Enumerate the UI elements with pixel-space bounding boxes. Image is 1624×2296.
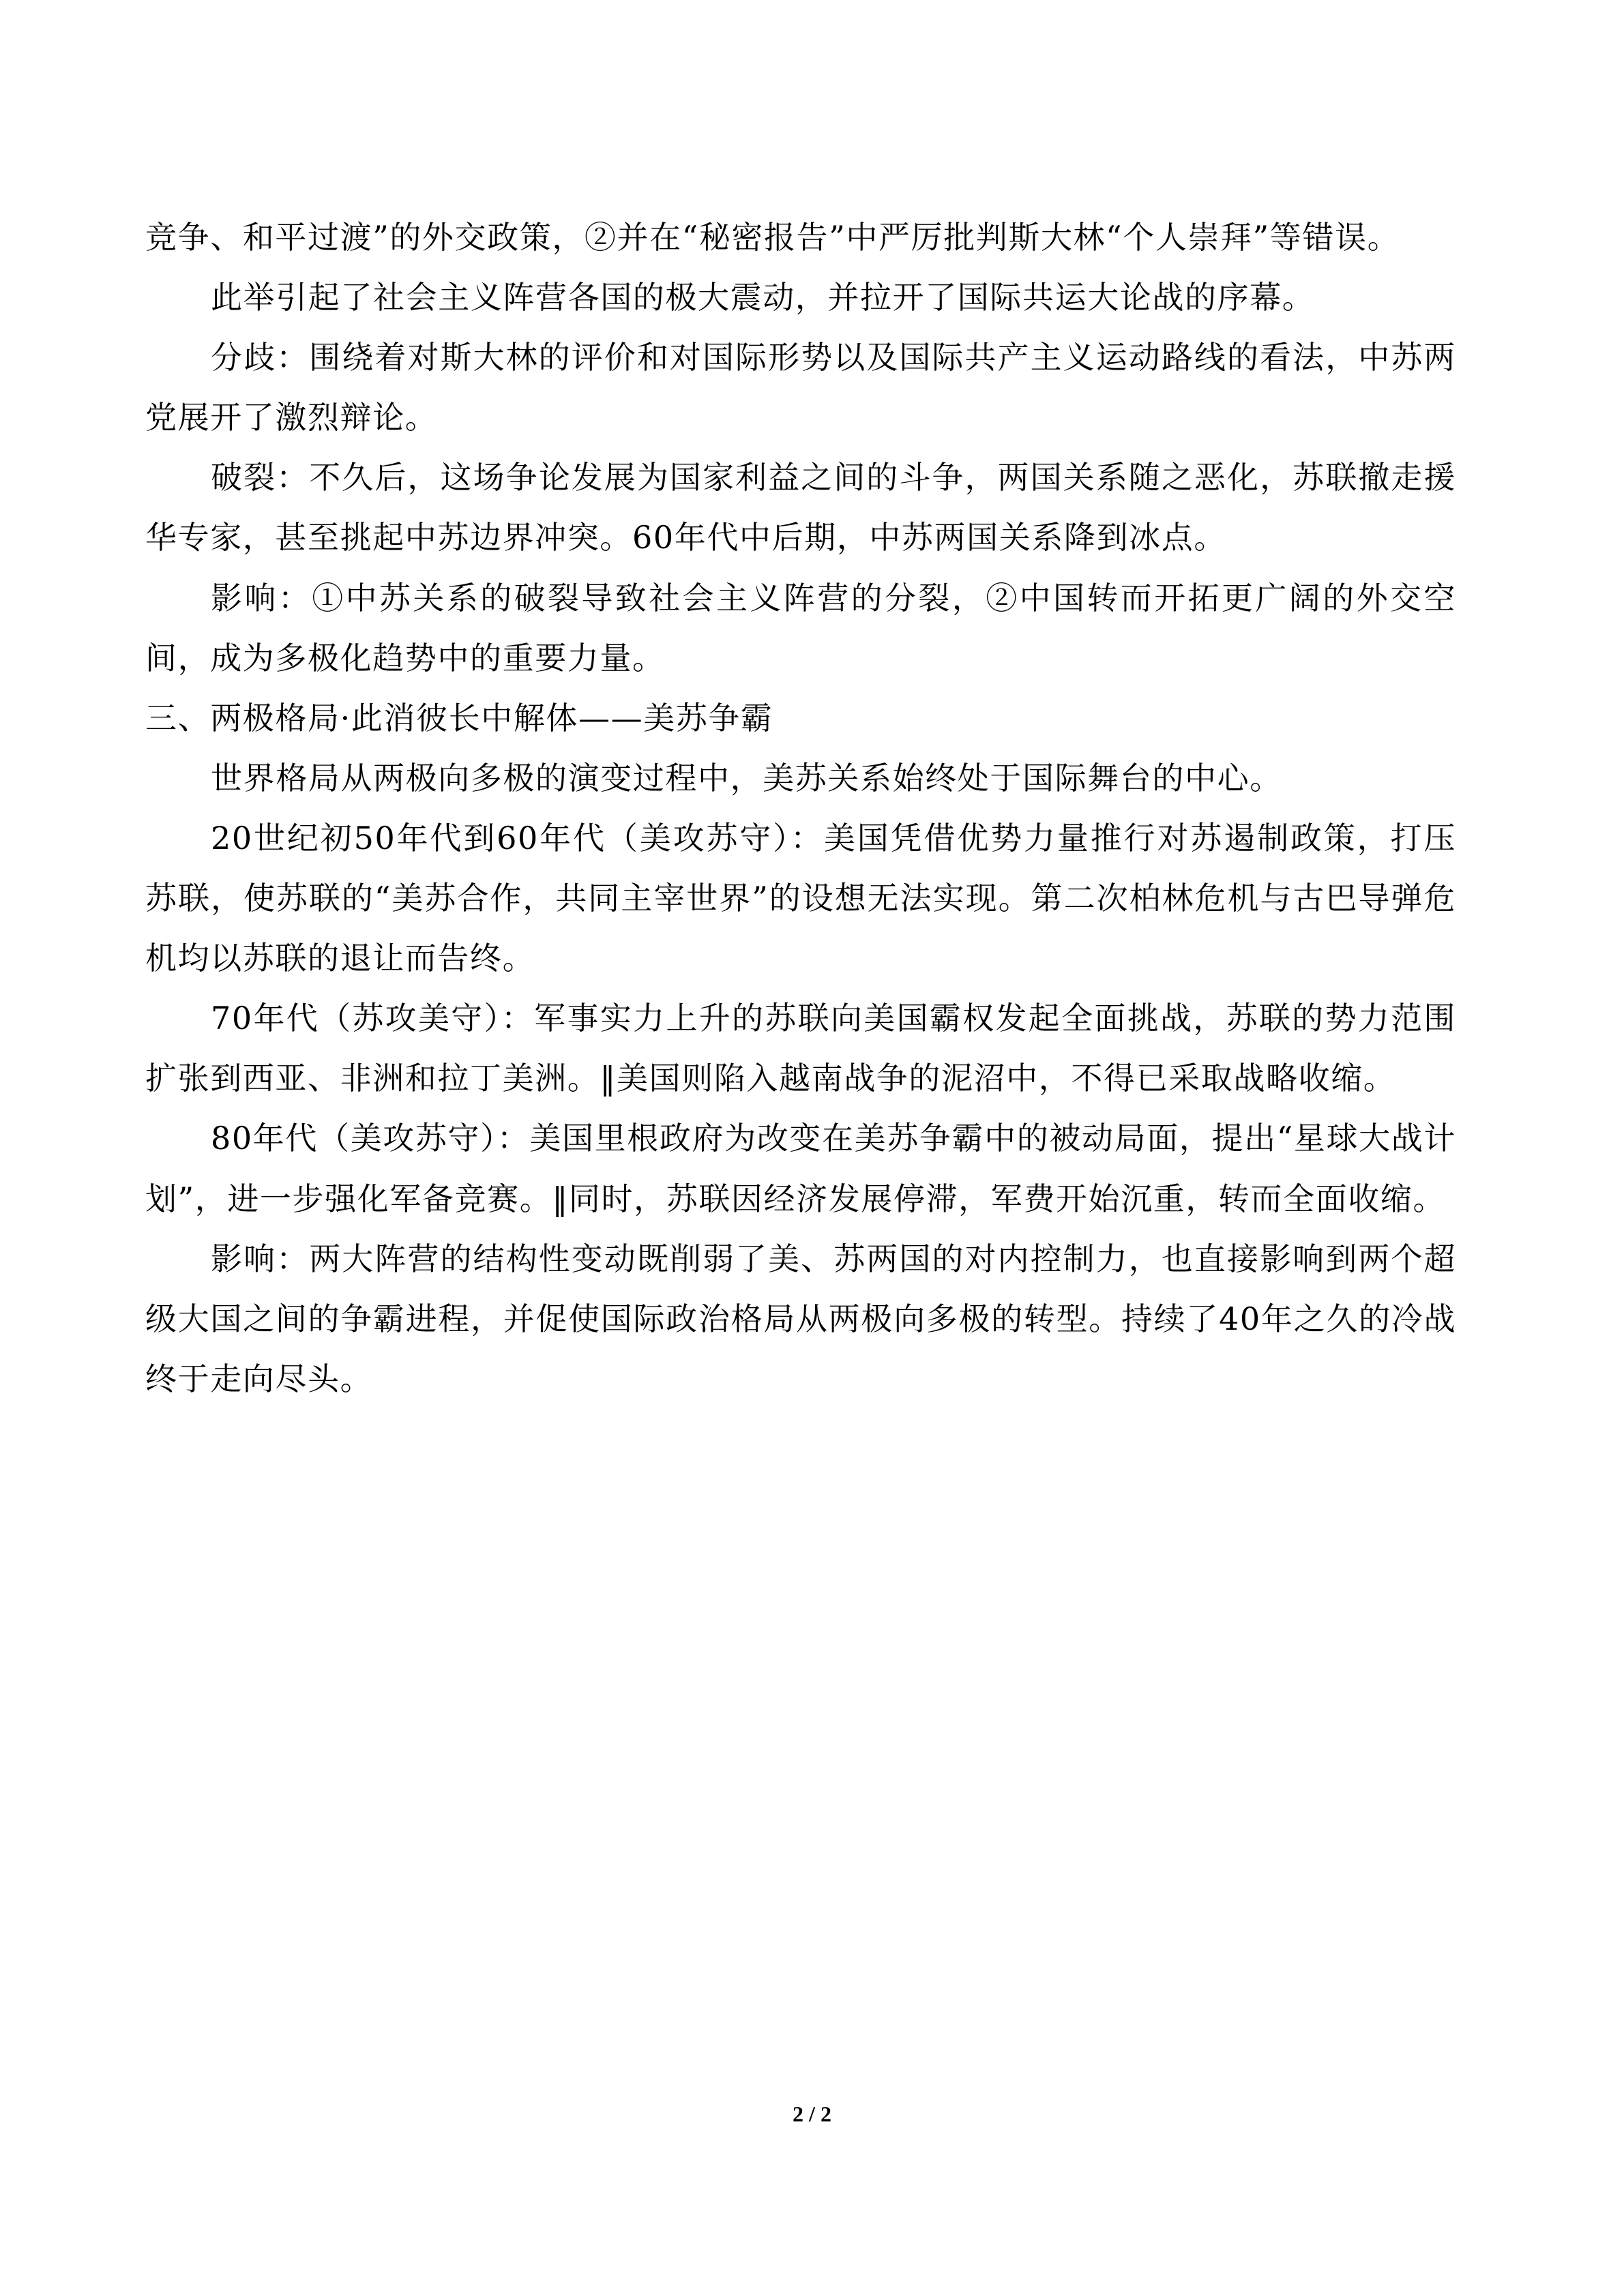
document-page: 竞争、和平过渡”的外交政策，②并在“秘密报告”中严厉批判斯大林“个人崇拜”等错误… <box>0 0 1624 2296</box>
paragraph-impact-cold-war-end: 影响：两大阵营的结构性变动既削弱了美、苏两国的对内控制力，也直接影响到两个超级大… <box>145 1229 1456 1409</box>
paragraph-continuation-secret-report: 竞争、和平过渡”的外交政策，②并在“秘密报告”中严厉批判斯大林“个人崇拜”等错误… <box>145 207 1456 267</box>
document-body: 竞争、和平过渡”的外交政策，②并在“秘密报告”中严厉批判斯大林“个人崇拜”等错误… <box>145 207 1456 1409</box>
paragraph-divergence: 分歧：围绕着对斯大林的评价和对国际形势以及国际共产主义运动路线的看法，中苏两党展… <box>145 327 1456 447</box>
paragraph-socialist-camp-shock: 此举引起了社会主义阵营各国的极大震动，并拉开了国际共运大论战的序幕。 <box>145 267 1456 327</box>
page-number: 2 / 2 <box>0 2100 1624 2128</box>
paragraph-rupture: 破裂：不久后，这场争论发展为国家利益之间的斗争，两国关系随之恶化，苏联撤走援华专… <box>145 447 1456 567</box>
paragraph-1980s: 80年代（美攻苏守）：美国里根政府为改变在美苏争霸中的被动局面，提出“星球大战计… <box>145 1108 1456 1228</box>
paragraph-us-soviet-center: 世界格局从两极向多极的演变过程中，美苏关系始终处于国际舞台的中心。 <box>145 748 1456 808</box>
paragraph-impact-sino-soviet: 影响：①中苏关系的破裂导致社会主义阵营的分裂，②中国转而开拓更广阔的外交空间，成… <box>145 568 1456 688</box>
paragraph-1950s-60s: 20世纪初50年代到60年代（美攻苏守）：美国凭借优势力量推行对苏遏制政策，打压… <box>145 808 1456 988</box>
section-heading-bipolar-rivalry: 三、两极格局·此消彼长中解体——美苏争霸 <box>145 688 1456 748</box>
paragraph-1970s: 70年代（苏攻美守）：军事实力上升的苏联向美国霸权发起全面挑战，苏联的势力范围扩… <box>145 988 1456 1108</box>
